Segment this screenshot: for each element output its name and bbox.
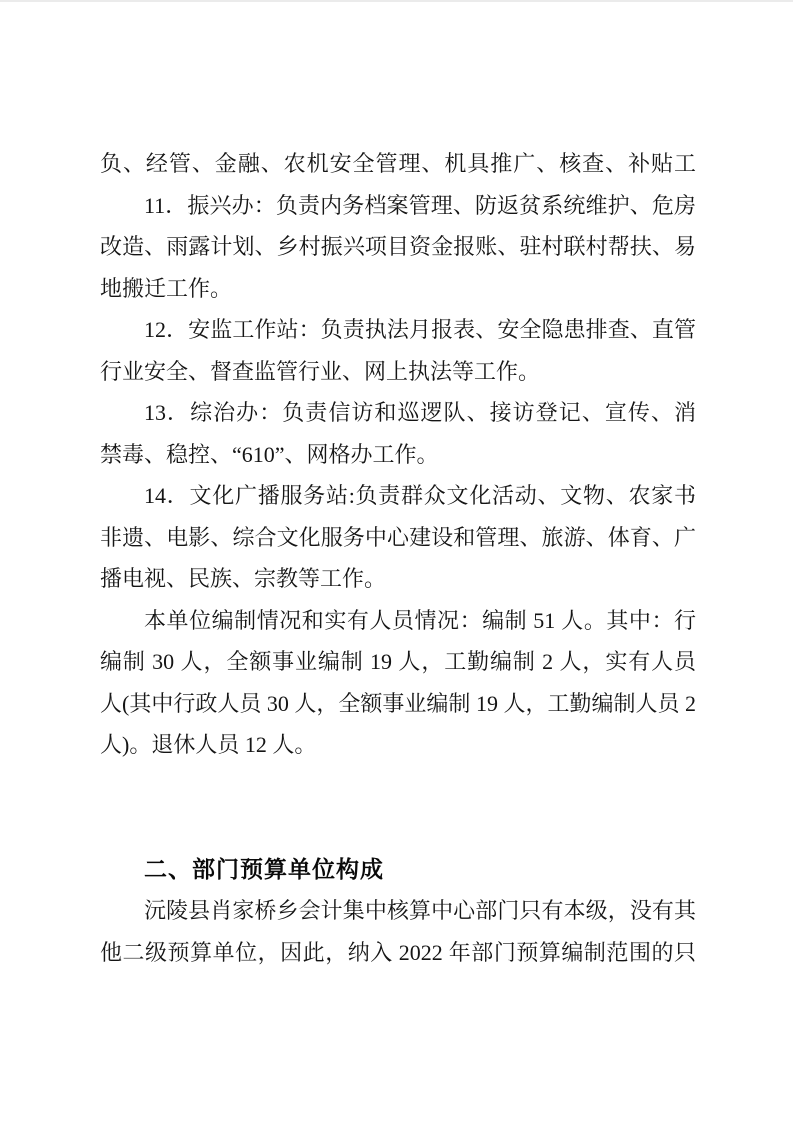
paragraph-line: 播电视、民族、宗教等工作。	[100, 558, 696, 600]
document-page: 负、经管、金融、农机安全管理、机具推广、核查、补贴工作。 11．振兴办：负责内务…	[0, 0, 793, 1122]
paragraph-line: 负、经管、金融、农机安全管理、机具推广、核查、补贴工作。	[100, 143, 696, 185]
paragraph-line: 人)。退休人员 12 人。	[100, 724, 696, 766]
paragraph-line: 禁毒、稳控、“610”、网格办工作。	[100, 434, 696, 476]
paragraph-line: 本单位编制情况和实有人员情况：编制 51 人。其中：行政	[100, 600, 696, 642]
paragraph-line: 沅陵县肖家桥乡会计集中核算中心部门只有本级，没有其	[100, 890, 696, 932]
paragraph-line: 非遗、电影、综合文化服务中心建设和管理、旅游、体育、广	[100, 517, 696, 559]
paragraph-line: 人(其中行政人员 30 人，全额事业编制 19 人，工勤编制人员 2	[100, 683, 696, 725]
paragraph-line: 改造、雨露计划、乡村振兴项目资金报账、驻村联村帮扶、易	[100, 226, 696, 268]
blank-line	[100, 766, 696, 808]
paragraph-line: 11．振兴办：负责内务档案管理、防返贫系统维护、危房	[100, 185, 696, 227]
paragraph-line: 行业安全、督查监管行业、网上执法等工作。	[100, 351, 696, 393]
blank-line	[100, 807, 696, 849]
document-body: 负、经管、金融、农机安全管理、机具推广、核查、补贴工作。 11．振兴办：负责内务…	[100, 143, 696, 973]
paragraph-line: 13．综治办：负责信访和巡逻队、接访登记、宣传、消防、	[100, 392, 696, 434]
paragraph-line: 编制 30 人，全额事业编制 19 人，工勤编制 2 人，实有人员 51	[100, 641, 696, 683]
paragraph-line: 14．文化广播服务站:负责群众文化活动、文物、农家书屋、	[100, 475, 696, 517]
paragraph-line: 他二级预算单位，因此，纳入 2022 年部门预算编制范围的只有	[100, 932, 696, 974]
section-heading: 二、部门预算单位构成	[100, 849, 696, 891]
paragraph-line: 12．安监工作站：负责执法月报表、安全隐患排查、直管	[100, 309, 696, 351]
paragraph-line: 地搬迁工作。	[100, 268, 696, 310]
